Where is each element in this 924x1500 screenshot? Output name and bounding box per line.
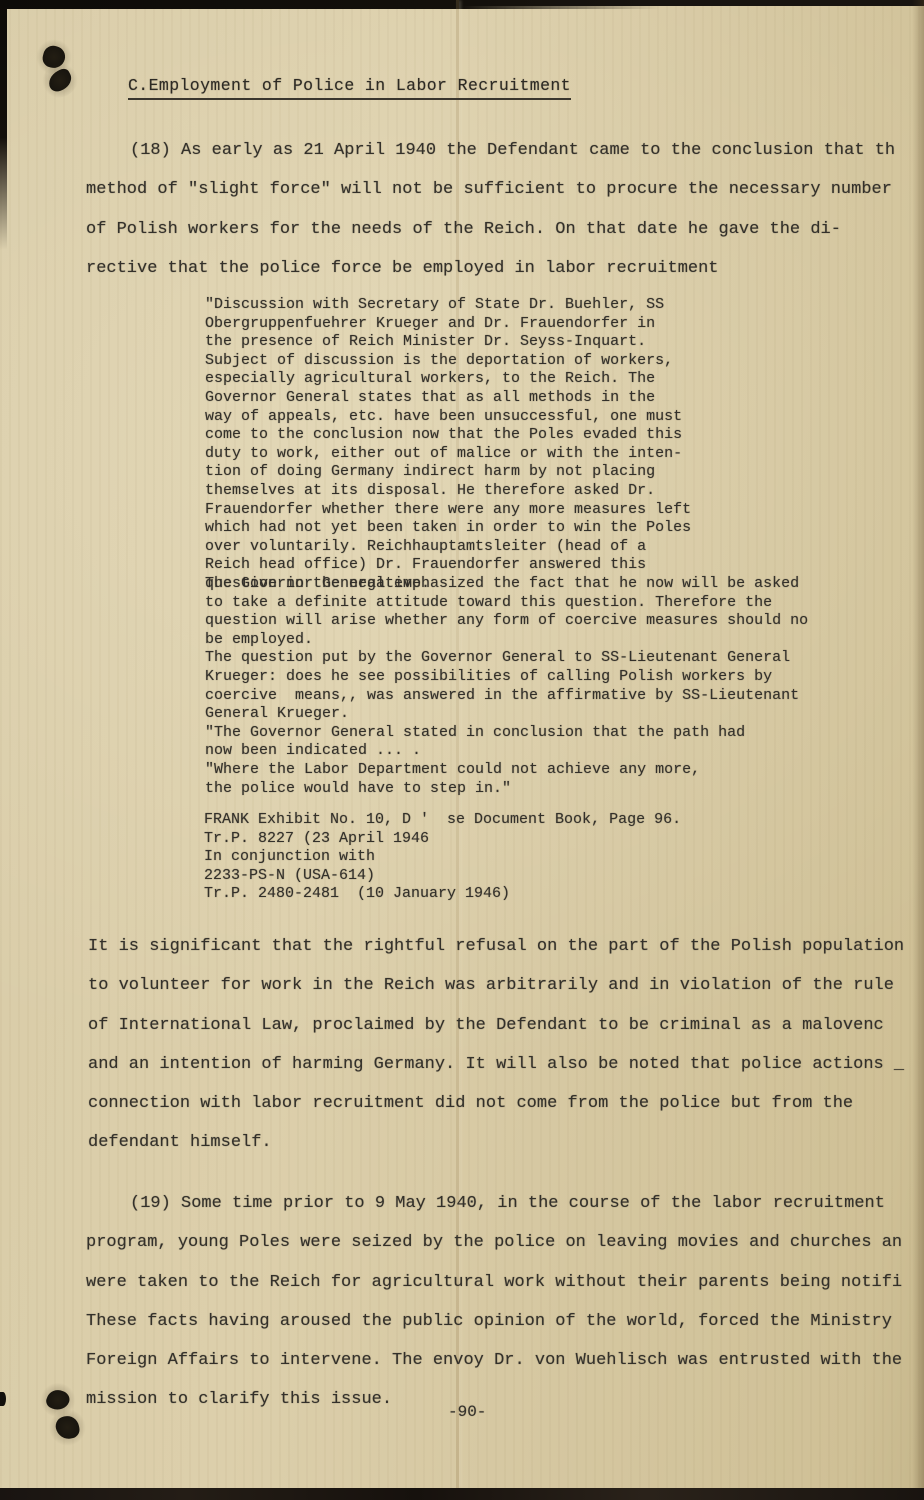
text-line: Foreign Affairs to intervene. The envoy …	[86, 1350, 902, 1389]
text-line: the police would have to step in."	[205, 780, 808, 799]
text-line: way of appeals, etc. have been unsuccess…	[205, 408, 691, 427]
section-heading: C.Employment of Police in Labor Recruitm…	[128, 76, 571, 100]
text-line: coercive means,, was answered in the aff…	[205, 687, 808, 706]
text-line: method of "slight force" will not be suf…	[86, 179, 895, 218]
text-line: tion of doing Germany indirect harm by n…	[205, 463, 691, 482]
text-line: Reich head office) Dr. Frauendorfer answ…	[205, 556, 691, 575]
text-line: over voluntarily. Reichhauptamtsleiter (…	[205, 538, 691, 557]
text-line: duty to work, either out of malice or wi…	[205, 445, 691, 464]
scan-edge-left	[0, 0, 7, 250]
text-line: and an intention of harming Germany. It …	[88, 1054, 904, 1093]
paragraph-significance: It is significant that the rightful refu…	[88, 936, 904, 1172]
text-line: of International Law, proclaimed by the …	[88, 1015, 904, 1054]
text-line: themselves at its disposal. He therefore…	[205, 482, 691, 501]
text-line: It is significant that the rightful refu…	[88, 936, 904, 975]
text-line: The question put by the Governor General…	[205, 649, 808, 668]
text-line: connection with labor recruitment did no…	[88, 1093, 904, 1132]
text-line: to take a definite attitude toward this …	[205, 594, 808, 613]
scan-edge-bottom	[0, 1488, 924, 1500]
text-line: were taken to the Reich for agricultural…	[86, 1272, 902, 1311]
text-line: question will arise whether any form of …	[205, 612, 808, 631]
text-line: Subject of discussion is the deportation…	[205, 352, 691, 371]
text-line: In conjunction with	[204, 848, 681, 867]
text-line: General Krueger.	[205, 705, 808, 724]
text-line: The Governor General emphasized the fact…	[205, 575, 808, 594]
paragraph-18: (18) As early as 21 April 1940 the Defen…	[86, 140, 895, 297]
text-line: Frauendorfer whether there were any more…	[205, 501, 691, 520]
text-line: FRANK Exhibit No. 10, D ' se Document Bo…	[204, 811, 681, 830]
quoted-testimony-narrow: "Discussion with Secretary of State Dr. …	[205, 296, 691, 594]
text-line: rective that the police force be employe…	[86, 258, 895, 297]
text-line: (18) As early as 21 April 1940 the Defen…	[86, 140, 895, 179]
citation-block: FRANK Exhibit No. 10, D ' se Document Bo…	[204, 811, 681, 904]
text-line: of Polish workers for the needs of the R…	[86, 219, 895, 258]
text-line: especially agricultural workers, to the …	[205, 370, 691, 389]
punch-hole-top-2	[45, 66, 75, 94]
text-line: Governor General states that as all meth…	[205, 389, 691, 408]
text-line: Tr.P. 8227 (23 April 1946	[204, 830, 681, 849]
punch-hole-bottom-2	[54, 1414, 81, 1441]
text-line: Krueger: does he see possibilities of ca…	[205, 668, 808, 687]
text-line: "The Governor General stated in conclusi…	[205, 724, 808, 743]
scan-edge-top	[0, 0, 660, 9]
quoted-testimony-wide: The Governor General emphasized the fact…	[205, 575, 808, 798]
text-line: to volunteer for work in the Reich was a…	[88, 975, 904, 1014]
text-line: the presence of Reich Minister Dr. Seyss…	[205, 333, 691, 352]
text-line: (19) Some time prior to 9 May 1940, in t…	[86, 1193, 902, 1232]
text-line: "Discussion with Secretary of State Dr. …	[205, 296, 691, 315]
text-line: now been indicated ... .	[205, 742, 808, 761]
edge-notch-mark	[0, 1392, 6, 1406]
text-line: 2233-PS-N (USA-614)	[204, 867, 681, 886]
text-line: "Where the Labor Department could not ac…	[205, 761, 808, 780]
paragraph-19: (19) Some time prior to 9 May 1940, in t…	[86, 1193, 902, 1429]
text-line: defendant himself.	[88, 1132, 904, 1171]
page-number: -90-	[448, 1403, 486, 1421]
text-line: Obergruppenfuehrer Krueger and Dr. Fraue…	[205, 315, 691, 334]
text-line: come to the conclusion now that the Pole…	[205, 426, 691, 445]
text-line: mission to clarify this issue.	[86, 1389, 902, 1428]
scanned-document: C.Employment of Police in Labor Recruitm…	[0, 0, 924, 1500]
text-line: which had not yet been taken in order to…	[205, 519, 691, 538]
text-line: program, young Poles were seized by the …	[86, 1232, 902, 1271]
text-line: Tr.P. 2480-2481 (10 January 1946)	[204, 885, 681, 904]
text-line: be employed.	[205, 631, 808, 650]
text-line: These facts having aroused the public op…	[86, 1311, 902, 1350]
page-right-fold-shade	[912, 0, 924, 1500]
